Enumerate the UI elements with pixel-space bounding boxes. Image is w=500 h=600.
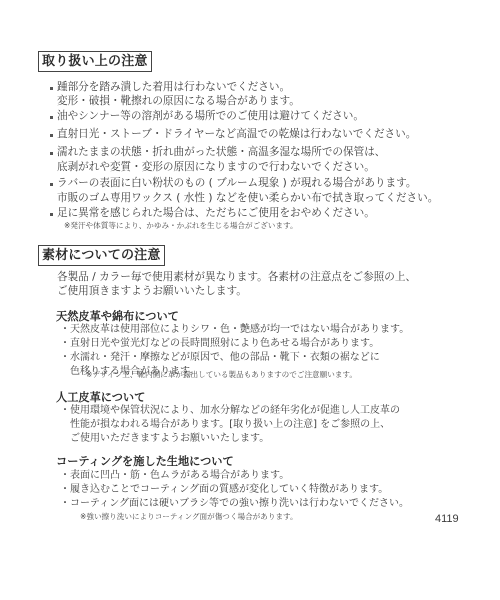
coated-fabric-note: ※強い擦り洗いによりコーティング面が傷つく場合があります。 <box>80 512 298 522</box>
natural-leather-line-2: ・直射日光や蛍光灯などの長時間照射により色あせる場合があります。 <box>60 337 379 350</box>
natural-leather-heading: 天然皮革や綿布について <box>56 309 179 324</box>
bullet-icon <box>50 87 53 90</box>
handling-item-2-line-1: 油やシンナー等の溶剤がある場所でのご使用は避けてください。 <box>57 109 364 123</box>
natural-leather-note: ※デザイン上、靴内側に革が露出している製品もありますのでご注意願います。 <box>86 370 357 380</box>
handling-item-6-line-1: 足に異常を感じられた場合は、ただちにご使用をおやめください。 <box>57 206 375 220</box>
handling-item-1-line-2: 変形・破損・靴擦れの原因になる場合があります。 <box>57 94 300 108</box>
product-code: 4119 <box>435 512 459 526</box>
synthetic-leather-heading: 人工皮革について <box>56 390 145 405</box>
bullet-icon <box>50 213 53 216</box>
synthetic-leather-line-1: ・使用環境や保管状況により、加水分解などの経年劣化が促進し人工皮革の <box>60 404 400 417</box>
materials-intro-line-1: 各製品 / カラー毎で使用素材が異なります。各素材の注意点をご参照の上、 <box>57 270 416 284</box>
bullet-icon <box>50 116 53 119</box>
coated-fabric-line-3: ・コーティング面には硬いブラシ等での強い擦り洗いは行わないでください。 <box>60 497 409 510</box>
handling-item-3-line-1: 直射日光・ストーブ・ドライヤーなど高温での乾燥は行わないでください。 <box>57 127 416 141</box>
handling-item-5-line-1: ラバーの表面に白い粉状のもの ( ブルーム現象 ) が現れる場合があります。 <box>57 176 416 190</box>
handling-item-1-line-1: 踵部分を踏み潰した着用は行わないでください。 <box>57 80 290 94</box>
materials-intro-line-2: ご使用頂きますようお願いいたします。 <box>57 284 247 298</box>
synthetic-leather-line-2: 性能が損なわれる場合があります。[取り扱い上の注意] をご参照の上、 <box>60 418 390 431</box>
coated-fabric-line-2: ・履き込むことでコーティング面の質感が変化していく特徴があります。 <box>60 483 388 496</box>
natural-leather-line-3: ・水濡れ・発汗・摩擦などが原因で、他の部品・靴下・衣類の裾などに <box>60 351 380 364</box>
synthetic-leather-line-3: ご使用いただきますようお願いいたします。 <box>60 432 269 445</box>
materials-section-title: 素材についての注意 <box>38 245 165 266</box>
natural-leather-line-1: ・天然皮革は使用部位によりシワ・色・艶感が均一ではない場合があります。 <box>60 323 409 336</box>
handling-item-4-line-1: 濡れたままの状態・折れ曲がった状態・高温多湿な場所での保管は、 <box>57 145 385 159</box>
handling-item-6-note: ※発汗や体質等により、かゆみ・かぶれを生じる場合がございます。 <box>64 221 298 231</box>
coated-fabric-heading: コーティングを施した生地について <box>56 454 234 469</box>
handling-item-5-line-2: 市販のゴム専用ワックス ( 水性 ) などを使い柔らかい布で拭き取ってください。 <box>57 191 438 205</box>
coated-fabric-line-1: ・表面に凹凸・筋・色ムラがある場合があります。 <box>60 469 289 482</box>
bullet-icon <box>50 152 53 155</box>
care-instructions-page: 取り扱い上の注意 踵部分を踏み潰した着用は行わないでください。 変形・破損・靴擦… <box>0 0 500 600</box>
bullet-icon <box>50 134 53 137</box>
bullet-icon <box>50 183 53 186</box>
handling-item-4-line-2: 底剥がれや変質・変形の原因になりますので行わないでください。 <box>57 160 375 174</box>
handling-section-title: 取り扱い上の注意 <box>38 51 152 72</box>
